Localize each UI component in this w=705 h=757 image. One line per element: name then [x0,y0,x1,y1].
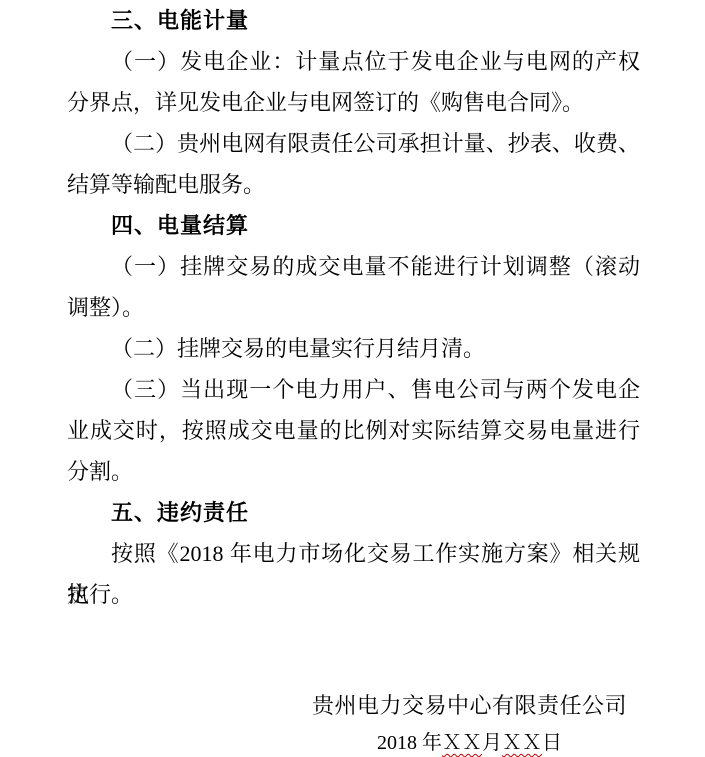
paragraph-line: 调整）。 [67,287,640,328]
paragraph-line: （一）发电企业：计量点位于发电企业与电网的产权 [67,41,640,82]
section-heading: 五、违约责任 [67,492,640,533]
date-text: 月 [482,732,502,754]
date-x-placeholder: ＸＸ [502,732,542,754]
paragraph-line: 分界点，详见发电企业与电网签订的《购售电合同》。 [67,82,640,123]
paragraph-line: 业成交时，按照成交电量的比例对实际结算交易电量进行 [67,410,640,451]
section-heading: 四、电量结算 [67,205,640,246]
document-page: 三、电能计量（一）发电企业：计量点位于发电企业与电网的产权分界点，详见发电企业与… [0,0,705,757]
date-x-placeholder: ＸＸ [442,732,482,754]
signature-inner: 贵州电力交易中心有限责任公司 2018 年ＸＸ月ＸＸ日 [234,685,705,757]
signature-company: 贵州电力交易中心有限责任公司 [234,685,705,726]
paragraph-line: （一）挂牌交易的成交电量不能进行计划调整（滚动 [67,246,640,287]
paragraph-line: （二）挂牌交易的电量实行月结月清。 [67,328,640,369]
paragraph-line: 结算等输配电服务。 [67,164,640,205]
paragraph-line: 执行。 [67,574,640,615]
date-text: 日 [542,732,562,754]
paragraph-line: 分割。 [67,451,640,492]
document-body: 三、电能计量（一）发电企业：计量点位于发电企业与电网的产权分界点，详见发电企业与… [0,0,705,615]
paragraph-line: （二）贵州电网有限责任公司承担计量、抄表、收费、 [67,123,640,164]
date-text: 2018 年 [377,732,442,754]
paragraph-line: （三）当出现一个电力用户、售电公司与两个发电企 [67,369,640,410]
signature-date: 2018 年ＸＸ月ＸＸ日 [234,726,705,757]
signature-block: 贵州电力交易中心有限责任公司 2018 年ＸＸ月ＸＸ日 [0,685,705,757]
paragraph-line: 按照《2018 年电力市场化交易工作实施方案》相关规定 [67,533,640,574]
section-heading: 三、电能计量 [67,0,640,41]
